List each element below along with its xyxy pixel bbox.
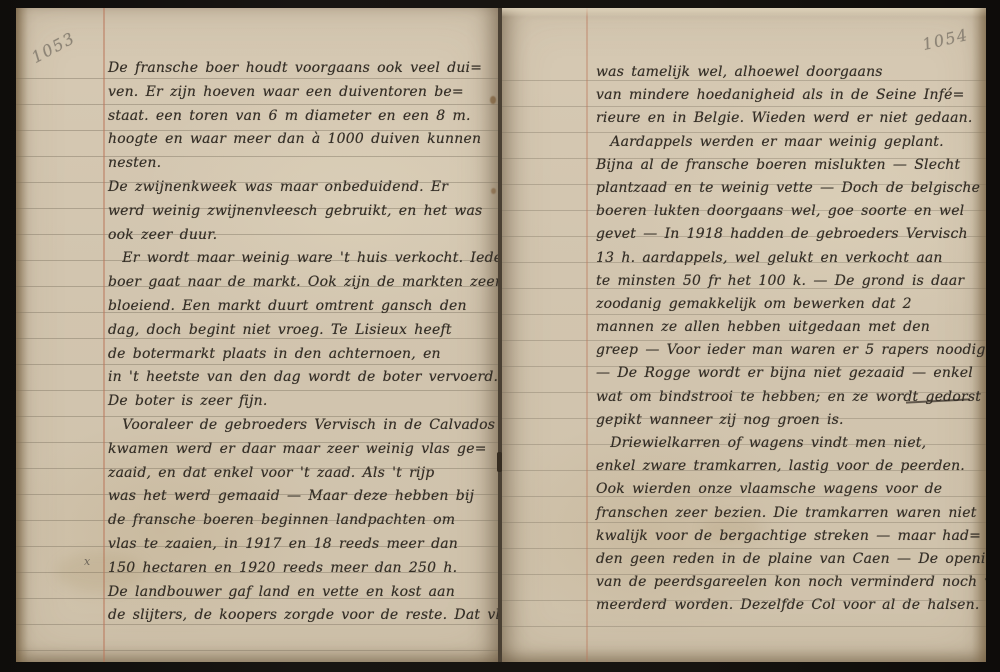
handwriting-line: rieure en in Belgie. Wieden werd er niet… [596, 107, 986, 130]
handwriting-line: enkel zware tramkarren, lastig voor de p… [596, 455, 986, 478]
handwriting-line: bloeiend. Een markt duurt omtrent gansch… [108, 295, 498, 319]
handwriting-line: De boter is zeer fijn. [108, 390, 498, 414]
handwriting-line: gevet — In 1918 hadden de gebroeders Ver… [596, 223, 986, 246]
handwriting-line: De zwijnenkweek was maar onbeduidend. Er [108, 176, 498, 200]
handwriting-line: was tamelijk wel, alhoewel doorgaans [596, 61, 986, 84]
page-edge-highlight [502, 8, 986, 17]
margin-line [586, 8, 588, 662]
handwriting-line: nesten. [108, 152, 498, 176]
handwriting-line: den geen reden in de plaine van Caen — D… [596, 548, 986, 571]
handwriting-line: plantzaad en te weinig vette — Doch de b… [596, 177, 986, 200]
handwriting-line: 150 hectaren en 1920 reeds meer dan 250 … [108, 557, 498, 581]
scanned-notebook-spread: 1053 x De fransche boer houdt voorgaans … [16, 8, 986, 662]
handwriting-line: franschen zeer bezien. Die tramkarren wa… [596, 502, 986, 525]
handwriting-line: ven. Er zijn hoeven waar een duiventoren… [108, 81, 498, 105]
handwriting-line: Aardappels werden er maar weinig geplant… [596, 131, 986, 154]
handwriting-line: dag, doch begint niet vroeg. Te Lisieux … [108, 319, 498, 343]
page-number: 1054 [920, 25, 970, 54]
handwriting-line: boeren lukten doorgaans wel, goe soorte … [596, 200, 986, 223]
handwriting-line: de botermarkt plaats in den achternoen, … [108, 343, 498, 367]
handwriting-line: van de peerdsgareelen kon noch verminder… [596, 571, 986, 594]
handwriting-line: Ook wierden onze vlaamsche wagens voor d… [596, 478, 986, 501]
handwriting-line: kwamen werd er daar maar zeer weinig vla… [108, 438, 498, 462]
handwriting-line: vlas te zaaien, in 1917 en 18 reeds meer… [108, 533, 498, 557]
handwriting-line: boer gaat naar de markt. Ook zijn de mar… [108, 271, 498, 295]
handwriting-line: werd weinig zwijnenvleesch gebruikt, en … [108, 200, 498, 224]
handwriting-line: Bijna al de fransche boeren mislukten — … [596, 154, 986, 177]
margin-x-mark: x [84, 555, 90, 568]
handwriting-line: staat. een toren van 6 m diameter en een… [108, 105, 498, 129]
handwriting-line: De landbouwer gaf land en vette en kost … [108, 581, 498, 605]
handwriting-line: de slijters, de koopers zorgde voor de r… [108, 604, 498, 628]
handwriting-line: wat om bindstrooi te hebben; en ze wordt… [596, 386, 986, 409]
margin-line [103, 8, 105, 662]
page-edge-shading [16, 8, 28, 662]
notebook-page-left: 1053 x De fransche boer houdt voorgaans … [16, 8, 498, 662]
handwriting-line: te minsten 50 fr het 100 k. — De grond i… [596, 270, 986, 293]
handwriting-line: hoogte en waar meer dan à 1000 duiven ku… [108, 128, 498, 152]
handwriting-line: in 't heetste van den dag wordt de boter… [108, 366, 498, 390]
handwriting-line: 13 h. aardappels, wel gelukt en verkocht… [596, 247, 986, 270]
handwriting-line: Driewielkarren of wagens vindt men niet, [596, 432, 986, 455]
handwriting-line: — De Rogge wordt er bijna niet gezaaid —… [596, 362, 986, 385]
handwriting-line: ook zeer duur. [108, 224, 498, 248]
handwriting-line: greep — Voor ieder man waren er 5 rapers… [596, 339, 986, 362]
handwriting-line: gepikt wanneer zij nog groen is. [596, 409, 986, 432]
handwriting-line: meerderd worden. Dezelfde Col voor al de… [596, 594, 986, 617]
handwriting-line: De fransche boer houdt voorgaans ook vee… [108, 57, 498, 81]
handwritten-text: De fransche boer houdt voorgaans ook vee… [108, 57, 498, 628]
handwriting-line: Er wordt maar weinig ware 't huis verkoc… [108, 247, 498, 271]
handwriting-line: mannen ze allen hebben uitgedaan met den [596, 316, 986, 339]
page-number: 1053 [28, 28, 78, 67]
handwritten-text: was tamelijk wel, alhoewel doorgaansvan … [596, 61, 986, 618]
handwriting-line: Vooraleer de gebroeders Vervisch in de C… [108, 414, 498, 438]
handwriting-line: kwalijk voor de bergachtige streken — ma… [596, 525, 986, 548]
handwriting-line: van mindere hoedanigheid als in de Seine… [596, 84, 986, 107]
handwriting-line: zaaid, en dat enkel voor 't zaad. Als 't… [108, 462, 498, 486]
handwriting-line: zoodanig gemakkelijk om bewerken dat 2 [596, 293, 986, 316]
notebook-page-right: 1054 was tamelijk wel, alhoewel doorgaan… [502, 8, 986, 662]
handwriting-line: was het werd gemaaid — Maar deze hebben … [108, 485, 498, 509]
scan-frame: 1053 x De fransche boer houdt voorgaans … [0, 0, 1000, 672]
handwriting-line: de fransche boeren beginnen landpachten … [108, 509, 498, 533]
